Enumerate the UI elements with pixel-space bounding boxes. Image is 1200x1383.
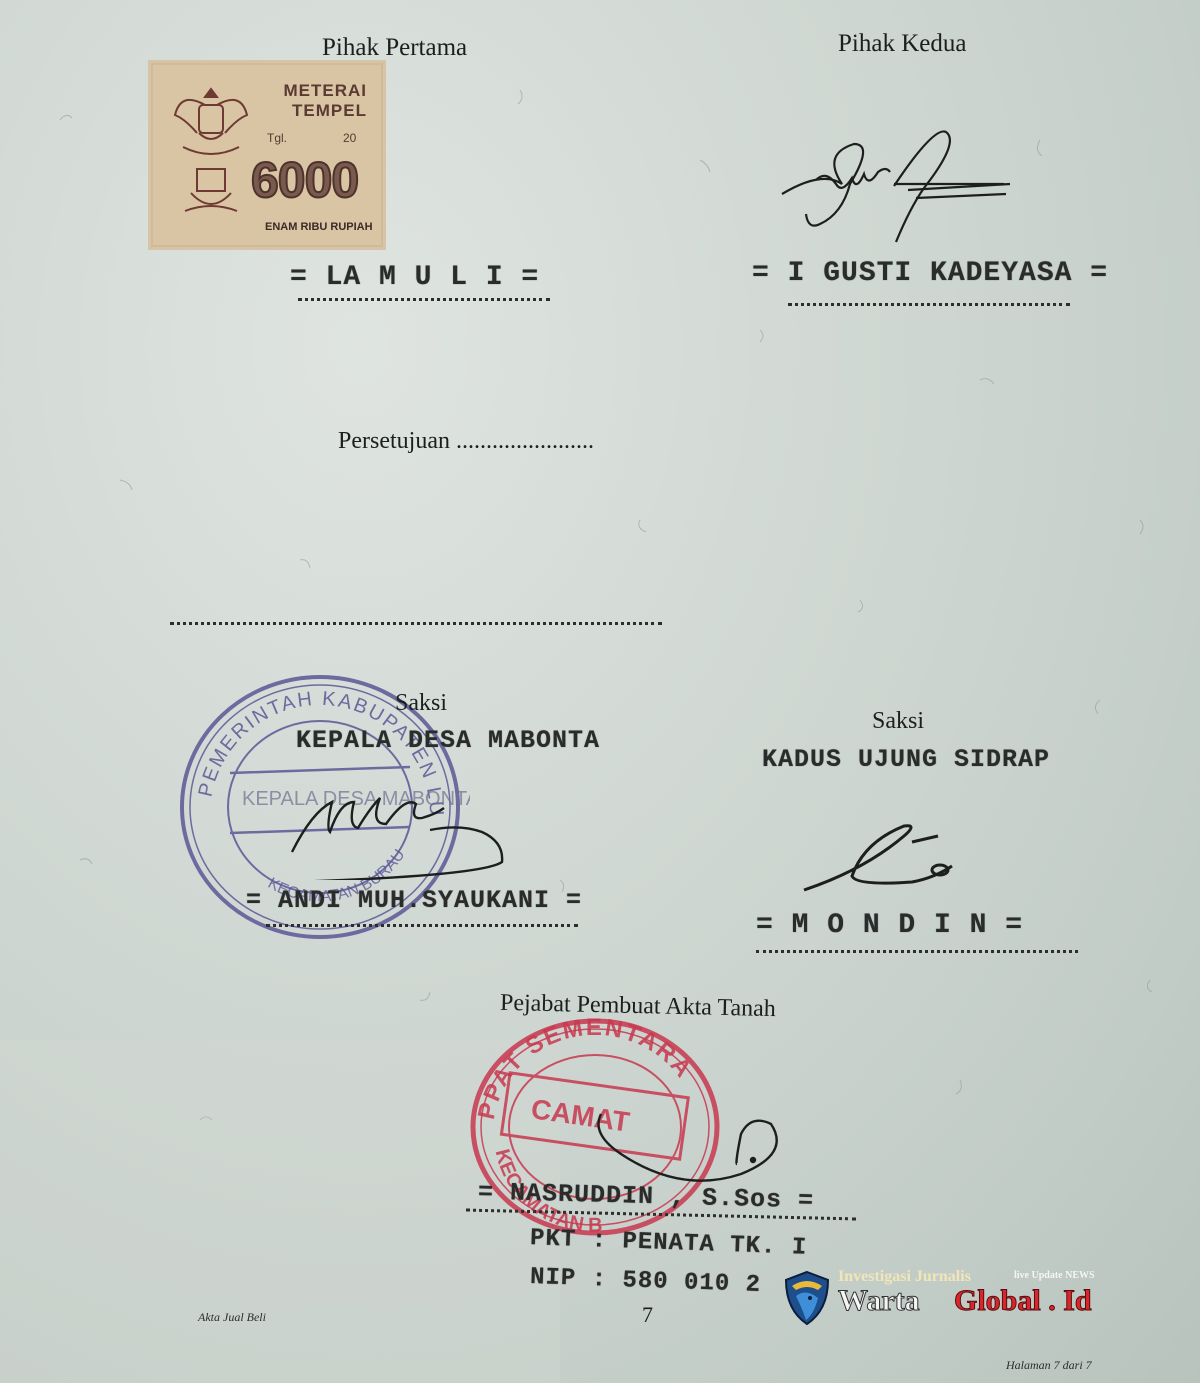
official-signature bbox=[595, 1100, 795, 1190]
watermark-brand-right: Global . Id bbox=[954, 1284, 1092, 1318]
stamp-value: 6000 bbox=[251, 151, 358, 209]
warta-global-watermark: Investigasi Jurnalis Warta Global . Id l… bbox=[782, 1268, 1138, 1328]
second-party-signature bbox=[776, 120, 1016, 250]
witness-2-signature bbox=[800, 822, 980, 897]
witness-1-name: = ANDI MUH.SYAUKANI = bbox=[246, 886, 582, 915]
witness-2-label: Saksi bbox=[872, 708, 924, 735]
watermark-badge: live Update NEWS bbox=[1014, 1270, 1095, 1281]
witness-2-name: = M O N D I N = bbox=[756, 910, 1023, 941]
approval-label: Persetujuan ....................... bbox=[338, 428, 594, 455]
witness-2-signature-line bbox=[756, 950, 1078, 953]
eagle-shield-icon bbox=[784, 1270, 830, 1326]
second-party-signature-line bbox=[788, 303, 1070, 306]
official-rank: PKT : PENATA TK. I bbox=[530, 1225, 808, 1262]
watermark-brand-left: Warta bbox=[838, 1284, 920, 1318]
stamp-year-prefix: 20 bbox=[343, 131, 356, 145]
stamp-value-words: ENAM RIBU RUPIAH bbox=[265, 221, 373, 233]
stamp-date-label: Tgl. bbox=[267, 131, 287, 145]
garuda-emblem-icon bbox=[169, 75, 253, 225]
revenue-stamp: METERAI TEMPEL Tgl. 20 6000 ENAM RIBU RU… bbox=[148, 60, 386, 250]
witness-1-label: Saksi bbox=[395, 690, 447, 717]
first-party-signature-line bbox=[298, 298, 550, 301]
first-party-label: Pihak Pertama bbox=[322, 34, 467, 62]
second-party-label: Pihak Kedua bbox=[838, 30, 966, 58]
footer-document-name: Akta Jual Beli bbox=[198, 1310, 266, 1325]
witness-1-title: KEPALA DESA MABONTA bbox=[296, 726, 600, 755]
stamp-title: METERAI TEMPEL bbox=[284, 81, 368, 121]
footer-page-count: Halaman 7 dari 7 bbox=[1006, 1358, 1092, 1373]
official-nip: NIP : 580 010 2 bbox=[530, 1264, 762, 1299]
approval-signature-line bbox=[170, 622, 662, 625]
witness-1-signature bbox=[280, 790, 550, 880]
witness-1-signature-line bbox=[266, 924, 578, 927]
second-party-name: = I GUSTI KADEYASA = bbox=[752, 258, 1108, 289]
witness-2-title: KADUS UJUNG SIDRAP bbox=[762, 745, 1050, 774]
first-party-name: = LA M U L I = bbox=[290, 262, 539, 293]
page-number: 7 bbox=[642, 1302, 653, 1328]
